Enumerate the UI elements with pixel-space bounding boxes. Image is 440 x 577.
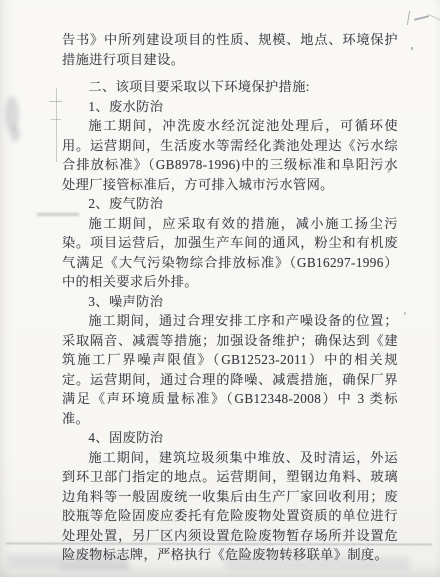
pen-mark-artifact [407,11,410,25]
margin-tick-artifact [49,101,62,102]
section-4-body: 施工期间，建筑垃圾须集中堆放、及时清运，外运到环卫部门指定的地点。运营期间，塑钢… [62,448,398,565]
speck-artifact [404,312,406,315]
margin-smudge-artifact [10,126,20,142]
margin-tick-artifact [51,119,61,120]
pen-mark-artifact [414,15,429,20]
section-2-title: 2、废气防治 [62,194,398,214]
section-3-title: 3、噪声防治 [62,292,398,312]
intro-paragraph: 告书》中所列建设项目的性质、规模、地点、环境保护措施进行项目建设。 [62,30,398,69]
section-1-title: 1、废水防治 [62,97,398,117]
section-3-body: 施工期间，通过合理安排工序和产噪设备的位置；采取隔音、减震等措施；加强设备维护；… [62,311,398,428]
margin-line-artifact [56,88,57,162]
pen-mark-artifact [427,13,440,27]
section-4-title: 4、固废防治 [62,428,398,448]
margin-smudge-artifact [5,96,19,132]
pen-mark-artifact [411,47,413,50]
section-1-body: 施工期间，冲洗废水经沉淀池处理后，可循环使用。运营期间，生活废水等需经化粪池处理… [62,116,398,194]
measures-heading: 二、该项目要采取以下环境保护措施: [62,77,398,97]
scanned-document-page: 告书》中所列建设项目的性质、规模、地点、环境保护措施进行项目建设。 二、该项目要… [0,0,440,577]
document-text: 告书》中所列建设项目的性质、规模、地点、环境保护措施进行项目建设。 二、该项目要… [62,30,398,565]
section-2-body: 施工期间，应采取有效的措施，减小施工扬尘污染。项目运营后，加强生产车间的通风，粉… [62,214,398,292]
